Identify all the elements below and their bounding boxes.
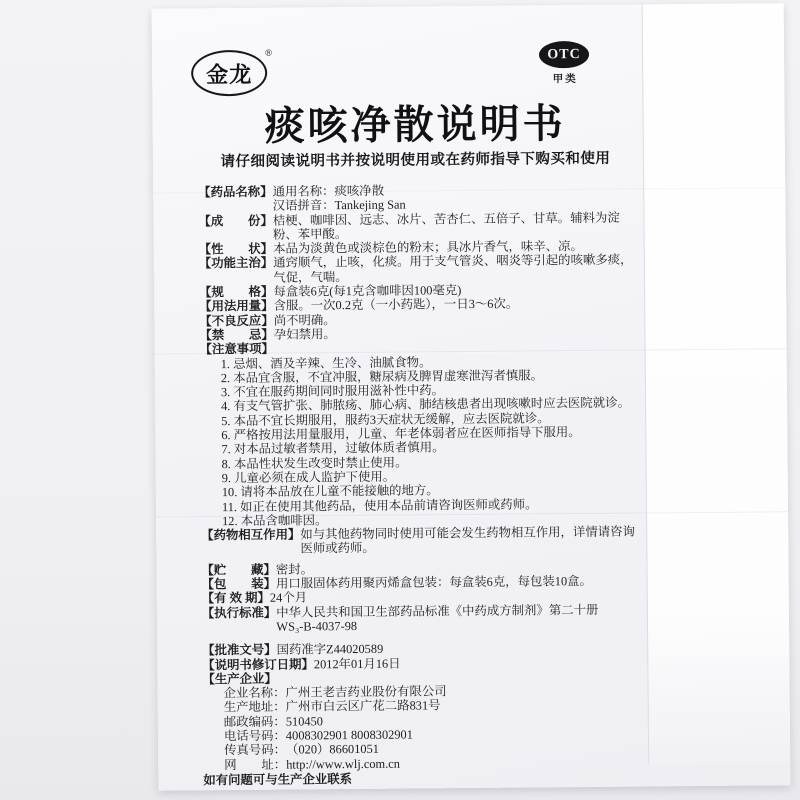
- field-label: 企业名称：: [224, 686, 286, 701]
- section-text: 如与其他药物同时使用可能会发生药物相互作用，详情请咨询医师或药师。: [300, 525, 636, 557]
- section-label: 【包 装】: [202, 577, 276, 592]
- section-indications: 【功能主治】 通窍顺气，止咳，化痰。用于支气管炎、咽炎等引起的咳嗽多痰，气促，气…: [199, 253, 634, 285]
- field-value: （020）86601051: [286, 742, 379, 757]
- section-label: 【批准文号】: [202, 643, 276, 658]
- section-text: 通用名称：痰咳净散 汉语拼音：Tankejing San: [272, 182, 633, 214]
- otc-ellipse-icon: OTC: [539, 41, 589, 68]
- standard-code-line: WS₃-B-4037-98: [276, 616, 637, 633]
- contact-note: 如有问题可与生产企业联系: [203, 769, 638, 787]
- leaflet-header: 金龙 ® OTC 甲类: [197, 35, 633, 99]
- precaution-list: 1. 忌烟、酒及辛辣、生冷、油腻食物。 2. 本品宜含服，不宜冲服，糖尿病及脾胃…: [221, 353, 636, 528]
- field-label: 邮政编码：: [224, 714, 286, 729]
- section-label: 【成 份】: [198, 213, 272, 228]
- field-value: http://www.wlj.com.cn: [286, 756, 400, 771]
- field-value: 510450: [286, 714, 323, 729]
- section-text: 桔梗、咖啡因、远志、冰片、苦杏仁、五倍子、甘草。辅料为淀粉、苯甲酸。: [273, 210, 634, 242]
- leaflet-body: 【药品名称】 通用名称：痰咳净散 汉语拼音：Tankejing San 【成 份…: [198, 182, 638, 788]
- otc-label: OTC: [547, 47, 580, 63]
- section-text: 通窍顺气，止咳，化痰。用于支气管炎、咽炎等引起的咳嗽多痰，气促，气喘。: [273, 253, 634, 285]
- field-value: 广州市白云区广花二路831号: [286, 699, 441, 715]
- otc-class-label: 甲类: [539, 71, 591, 86]
- section-label: 【生产企业】: [202, 672, 276, 687]
- section-label: 【禁 忌】: [199, 328, 273, 343]
- section-label: 【功能主治】: [199, 256, 273, 271]
- section-label: 【贮 藏】: [201, 562, 275, 577]
- section-label: 【有 效 期】: [202, 591, 270, 606]
- section-label: 【注意事项】: [200, 342, 274, 357]
- section-label: 【用法用量】: [199, 299, 273, 314]
- section-drug-name: 【药品名称】 通用名称：痰咳净散 汉语拼音：Tankejing San: [198, 182, 633, 214]
- section-label: 【不良反应】: [199, 313, 273, 328]
- section-text: 中华人民共和国卫生部药品标准《中药成方制剂》第二十册 WS₃-B-4037-98: [276, 602, 637, 634]
- field-label: 传真号码：: [224, 743, 286, 758]
- section-label: 【药物相互作用】: [201, 528, 300, 543]
- section-label: 【药品名称】: [198, 185, 272, 200]
- section-ingredients: 【成 份】 桔梗、咖啡因、远志、冰片、苦杏仁、五倍子、甘草。辅料为淀粉、苯甲酸。: [198, 210, 633, 242]
- printed-area: 金龙 ® OTC 甲类 痰咳净散说明书 请仔细阅读说明书并按说明使用或在药师指导…: [152, 4, 651, 790]
- section-label: 【规 格】: [199, 285, 273, 300]
- section-interactions: 【药物相互作用】 如与其他药物同时使用可能会发生药物相互作用，详情请咨询医师或药…: [201, 525, 636, 557]
- leaflet-title: 痰咳净散说明书: [197, 102, 632, 150]
- field-value: 4008302901 8008302901: [286, 728, 413, 743]
- field-label: 网 址：: [224, 757, 286, 772]
- brand-name-text: 金龙: [206, 57, 252, 88]
- leaflet-paper: 金龙 ® OTC 甲类 痰咳净散说明书 请仔细阅读说明书并按说明使用或在药师指导…: [152, 3, 791, 790]
- field-label: 电话号码：: [224, 729, 286, 744]
- manufacturer-details: 企业名称： 广州王老吉药业股份有限公司 生产地址： 广州市白云区广花二路831号…: [224, 683, 639, 772]
- field-label: 生产地址：: [224, 700, 286, 715]
- read-instructions-notice: 请仔细阅读说明书并按说明使用或在药师指导下购买和使用: [198, 147, 633, 172]
- registered-trademark-icon: ®: [265, 48, 272, 58]
- section-label: 【执行标准】: [202, 605, 276, 620]
- section-label: 【说明书修订日期】: [202, 657, 314, 672]
- paper-blank-fold-panel: [642, 3, 791, 763]
- section-text: 2012年01月16日: [314, 654, 638, 671]
- section-standard: 【执行标准】 中华人民共和国卫生部药品标准《中药成方制剂》第二十册 WS₃-B-…: [202, 602, 637, 634]
- jinlong-brand-logo: 金龙 ®: [191, 50, 267, 97]
- otc-badge: OTC 甲类: [539, 41, 591, 86]
- section-label: 【性 状】: [199, 242, 273, 257]
- photo-background: 金龙 ® OTC 甲类 痰咳净散说明书 请仔细阅读说明书并按说明使用或在药师指导…: [0, 0, 800, 800]
